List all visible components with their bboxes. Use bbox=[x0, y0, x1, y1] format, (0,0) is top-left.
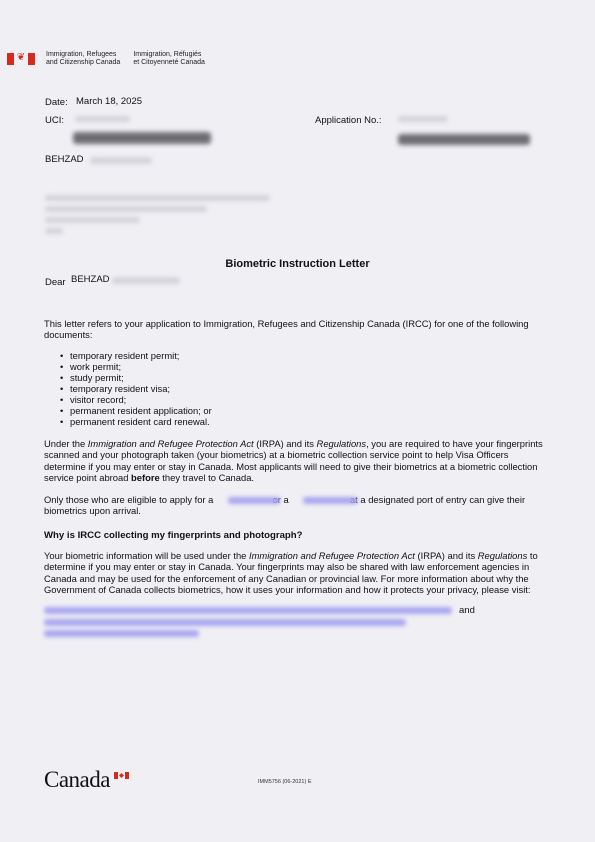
salutation-name: BEHZAD bbox=[71, 274, 110, 285]
date-value: March 18, 2025 bbox=[76, 96, 142, 107]
redacted-link[interactable] bbox=[303, 497, 358, 504]
department-signature: ❦ Immigration, Refugees and Citizenship … bbox=[7, 51, 205, 67]
redacted-link[interactable] bbox=[44, 630, 199, 637]
canada-flag-icon: ❦ bbox=[7, 53, 35, 65]
section-heading-why: Why is IRCC collecting my fingerprints a… bbox=[44, 530, 549, 541]
and-text: and bbox=[459, 605, 475, 616]
uci-value-redacted bbox=[73, 132, 211, 144]
wordmark-flag-icon bbox=[114, 772, 129, 779]
list-item: work permit; bbox=[44, 361, 544, 372]
uci-label: UCI: bbox=[45, 115, 64, 126]
port-of-entry-paragraph: Only those who are eligible to apply for… bbox=[44, 494, 549, 517]
department-name-en: Immigration, Refugees and Citizenship Ca… bbox=[46, 51, 120, 67]
department-name-fr: Immigration, Réfugiés et Citoyenneté Can… bbox=[133, 51, 205, 67]
date-label: Date: bbox=[45, 97, 68, 108]
list-item: study permit; bbox=[44, 372, 544, 383]
list-item: permanent resident application; or bbox=[44, 405, 544, 416]
redacted-link[interactable] bbox=[228, 497, 280, 504]
address-line-redacted bbox=[45, 195, 270, 201]
form-number: IMM5756 (06-2021) E bbox=[258, 779, 312, 785]
application-value-redacted bbox=[398, 134, 530, 145]
application-label: Application No.: bbox=[315, 115, 382, 126]
address-line-redacted bbox=[45, 206, 207, 212]
list-item: permanent resident card renewal. bbox=[44, 416, 544, 427]
address-line-redacted bbox=[45, 228, 63, 234]
list-item: temporary resident visa; bbox=[44, 383, 544, 394]
salutation: Dear bbox=[45, 277, 66, 288]
redacted-link[interactable] bbox=[44, 619, 406, 626]
irpa-paragraph: Under the Immigration and Refugee Protec… bbox=[44, 438, 549, 483]
application-redacted bbox=[398, 116, 448, 122]
recipient-name: BEHZAD bbox=[45, 154, 84, 165]
list-item: temporary resident permit; bbox=[44, 350, 544, 361]
canada-wordmark: Canada bbox=[44, 767, 110, 793]
address-line-redacted bbox=[45, 217, 140, 223]
list-item: visitor record; bbox=[44, 394, 544, 405]
intro-paragraph: This letter refers to your application t… bbox=[44, 318, 549, 341]
privacy-paragraph: Your biometric information will be used … bbox=[44, 550, 549, 595]
salutation-surname-redacted bbox=[112, 277, 180, 284]
uci-redacted bbox=[75, 116, 130, 122]
letter-title: Biometric Instruction Letter bbox=[0, 258, 595, 270]
recipient-surname-redacted bbox=[90, 157, 152, 164]
documents-list: temporary resident permit; work permit; … bbox=[44, 350, 544, 427]
redacted-link[interactable] bbox=[44, 607, 452, 614]
